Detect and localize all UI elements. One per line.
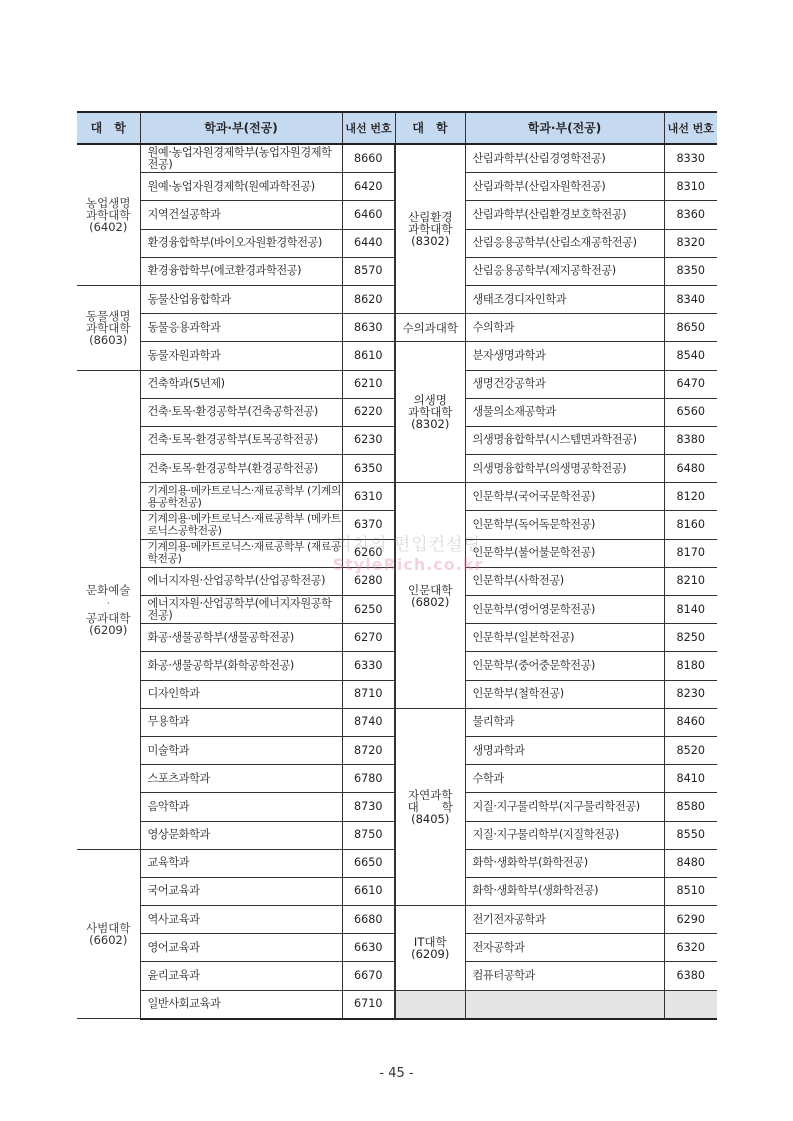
department-cell: 일반사회교육과 (140, 990, 342, 1019)
department-cell: 영어교육과 (140, 934, 342, 962)
extension-cell: 6460 (342, 201, 395, 229)
extension-cell: 6210 (342, 370, 395, 398)
department-cell: 건축·토목·환경공학부(건축공학전공) (140, 398, 342, 426)
department-cell: 기계의용·메카트로닉스·재료공학부 (메카트로닉스공학전공) (140, 511, 342, 539)
extension-cell: 8750 (342, 821, 395, 849)
department-cell: 지역건설공학과 (140, 201, 342, 229)
department-cell: 산림응용공학부(산림소재공학전공) (465, 229, 664, 257)
header-department: 학과·부(전공) (140, 112, 342, 144)
department-cell: 에너지자원·산업공학부(에너지자원공학전공) (140, 596, 342, 624)
college-cell: 의생명과학대학(8302) (395, 342, 465, 483)
page-number: - 45 - (0, 1066, 793, 1081)
department-cell: 수학과 (465, 765, 664, 793)
extension-cell: 6420 (342, 173, 395, 201)
extension-cell: 8320 (664, 229, 717, 257)
extension-cell: 8630 (342, 314, 395, 342)
extension-cell: 8610 (342, 342, 395, 370)
department-cell: 무용학과 (140, 708, 342, 736)
department-cell: 생물의소재공학과 (465, 398, 664, 426)
extension-cell: 6350 (342, 455, 395, 483)
department-cell: 건축·토목·환경공학부(환경공학전공) (140, 455, 342, 483)
extension-cell: 8510 (664, 877, 717, 905)
extension-cell: 8710 (342, 680, 395, 708)
extension-cell: 8170 (664, 539, 717, 567)
extension-cell: 8380 (664, 426, 717, 454)
department-cell: 산림과학부(산림환경보호학전공) (465, 201, 664, 229)
empty-cell (664, 990, 717, 1019)
header-college-right: 대 학 (395, 112, 465, 144)
extension-cell: 6560 (664, 398, 717, 426)
extension-cell: 8660 (342, 144, 395, 173)
extension-cell: 6250 (342, 596, 395, 624)
college-cell: 자연과학대 학(8405) (395, 708, 465, 905)
department-cell: 생태조경디자인학과 (465, 285, 664, 313)
empty-cell (465, 990, 664, 1019)
department-cell: 산림응용공학부(제지공학전공) (465, 257, 664, 285)
extension-cell: 8580 (664, 793, 717, 821)
department-cell: 건축·토목·환경공학부(토목공학전공) (140, 426, 342, 454)
extension-cell: 6310 (342, 483, 395, 511)
department-cell: 전기전자공학과 (465, 906, 664, 934)
table-header-row: 대 학 학과·부(전공) 내선 번호 대 학 학과·부(전공) 내선 번호 (77, 112, 717, 144)
extension-cell: 6330 (342, 652, 395, 680)
table-row: 동물자원과학과8610의생명과학대학(8302)분자생명과학과8540 (77, 342, 717, 370)
table-body: 농업생명과학대학(6402)원예·농업자원경제학부(농업자원경제학전공)8660… (77, 144, 717, 1019)
extension-cell: 6780 (342, 765, 395, 793)
header-extension-right: 내선 번호 (664, 112, 717, 144)
department-cell: 화공·생물공학부(생물공학전공) (140, 624, 342, 652)
extension-cell: 8360 (664, 201, 717, 229)
department-cell: 스포츠과학과 (140, 765, 342, 793)
department-cell: 원예·농업자원경제학부(농업자원경제학전공) (140, 144, 342, 173)
department-cell: 인문학부(사학전공) (465, 567, 664, 595)
extension-cell: 6270 (342, 624, 395, 652)
table-row: 무용학과8740자연과학대 학(8405)물리학과8460 (77, 708, 717, 736)
header-extension: 내선 번호 (342, 112, 395, 144)
empty-cell (395, 990, 465, 1019)
extension-cell: 8140 (664, 596, 717, 624)
extension-cell: 8550 (664, 821, 717, 849)
department-cell: 교육학과 (140, 849, 342, 877)
extension-cell: 6610 (342, 877, 395, 905)
department-cell: 생명과학과 (465, 736, 664, 764)
department-cell: 지질·지구물리학부(지질학전공) (465, 821, 664, 849)
department-cell: 컴퓨터공학과 (465, 962, 664, 990)
extension-cell: 6470 (664, 370, 717, 398)
extension-cell: 6480 (664, 455, 717, 483)
department-cell: 인문학부(독어독문학전공) (465, 511, 664, 539)
college-cell: 동물생명과학대학(8603) (77, 285, 140, 370)
department-cell: 지질·지구물리학부(지구물리학전공) (465, 793, 664, 821)
department-cell: 물리학과 (465, 708, 664, 736)
extension-cell: 6650 (342, 849, 395, 877)
department-cell: 음악학과 (140, 793, 342, 821)
extension-cell: 8650 (664, 314, 717, 342)
department-cell: 기계의용·메카트로닉스·재료공학부 (재료공학전공) (140, 539, 342, 567)
extension-cell: 8720 (342, 736, 395, 764)
extension-cell: 8210 (664, 567, 717, 595)
college-cell: IT대학(6209) (395, 906, 465, 991)
extension-cell: 8160 (664, 511, 717, 539)
department-cell: 영상문화학과 (140, 821, 342, 849)
extension-cell: 8330 (664, 144, 717, 173)
extension-cell: 6680 (342, 906, 395, 934)
department-cell: 인문학부(불어불문학전공) (465, 539, 664, 567)
department-cell: 기계의용·메카트로닉스·재료공학부 (기계의용공학전공) (140, 483, 342, 511)
extension-cell: 6630 (342, 934, 395, 962)
extension-cell: 8340 (664, 285, 717, 313)
college-cell: 농업생명과학대학(6402) (77, 144, 140, 285)
table-row: 역사교육과6680IT대학(6209)전기전자공학과6290 (77, 906, 717, 934)
extension-cell: 8230 (664, 680, 717, 708)
department-cell: 수의학과 (465, 314, 664, 342)
extension-cell: 6370 (342, 511, 395, 539)
department-cell: 분자생명과학과 (465, 342, 664, 370)
department-cell: 화공·생물공학부(화학공학전공) (140, 652, 342, 680)
department-cell: 동물응용과학과 (140, 314, 342, 342)
extension-cell: 8180 (664, 652, 717, 680)
department-cell: 산림과학부(산림경영학전공) (465, 144, 664, 173)
department-cell: 디자인학과 (140, 680, 342, 708)
extension-cell: 8730 (342, 793, 395, 821)
department-cell: 인문학부(중어중문학전공) (465, 652, 664, 680)
department-cell: 생명건강공학과 (465, 370, 664, 398)
department-cell: 의생명융합학부(시스템면과학전공) (465, 426, 664, 454)
extension-cell: 6280 (342, 567, 395, 595)
header-department-right: 학과·부(전공) (465, 112, 664, 144)
department-cell: 인문학부(영어영문학전공) (465, 596, 664, 624)
department-extension-table: 대 학 학과·부(전공) 내선 번호 대 학 학과·부(전공) 내선 번호 농업… (77, 111, 717, 1020)
extension-cell: 6220 (342, 398, 395, 426)
department-cell: 역사교육과 (140, 906, 342, 934)
extension-cell: 8520 (664, 736, 717, 764)
department-cell: 환경융합학부(바이오자원환경학전공) (140, 229, 342, 257)
department-cell: 화학·생화학부(생화학전공) (465, 877, 664, 905)
department-cell: 원예·농업자원경제학(원예과학전공) (140, 173, 342, 201)
department-cell: 에너지자원·산업공학부(산업공학전공) (140, 567, 342, 595)
college-cell: 문화예술·공과대학(6209) (77, 370, 140, 849)
department-cell: 건축학과(5년제) (140, 370, 342, 398)
college-cell: 인문대학(6802) (395, 483, 465, 709)
department-cell: 동물자원과학과 (140, 342, 342, 370)
extension-cell: 8310 (664, 173, 717, 201)
extension-cell: 8540 (664, 342, 717, 370)
department-cell: 인문학부(일본학전공) (465, 624, 664, 652)
department-cell: 인문학부(철학전공) (465, 680, 664, 708)
department-cell: 미술학과 (140, 736, 342, 764)
extension-cell: 6290 (664, 906, 717, 934)
extension-cell: 6710 (342, 990, 395, 1019)
college-cell: 사범대학(6602) (77, 849, 140, 1019)
department-cell: 동물산업융합학과 (140, 285, 342, 313)
extension-cell: 8460 (664, 708, 717, 736)
table-row: 농업생명과학대학(6402)원예·농업자원경제학부(농업자원경제학전공)8660… (77, 144, 717, 173)
table-row: 기계의용·메카트로닉스·재료공학부 (기계의용공학전공)6310인문대학(680… (77, 483, 717, 511)
extension-cell: 8570 (342, 257, 395, 285)
extension-cell: 8410 (664, 765, 717, 793)
table-row: 동물응용과학과8630수의과대학수의학과8650 (77, 314, 717, 342)
extension-cell: 8620 (342, 285, 395, 313)
extension-cell: 6670 (342, 962, 395, 990)
department-cell: 국어교육과 (140, 877, 342, 905)
extension-cell: 6380 (664, 962, 717, 990)
extension-cell: 6260 (342, 539, 395, 567)
department-cell: 환경융합학부(에코환경과학전공) (140, 257, 342, 285)
header-college: 대 학 (77, 112, 140, 144)
extension-cell: 6320 (664, 934, 717, 962)
department-cell: 산림과학부(산림자원학전공) (465, 173, 664, 201)
department-cell: 화학·생화학부(화학전공) (465, 849, 664, 877)
extension-cell: 8480 (664, 849, 717, 877)
college-cell: 산림환경과학대학(8302) (395, 144, 465, 314)
department-cell: 전자공학과 (465, 934, 664, 962)
extension-cell: 8120 (664, 483, 717, 511)
department-cell: 인문학부(국어국문학전공) (465, 483, 664, 511)
extension-cell: 8350 (664, 257, 717, 285)
table-row: 일반사회교육과6710 (77, 990, 717, 1019)
department-cell: 의생명융합학부(의생명공학전공) (465, 455, 664, 483)
college-cell: 수의과대학 (395, 314, 465, 342)
extension-cell: 8740 (342, 708, 395, 736)
extension-cell: 6440 (342, 229, 395, 257)
extension-cell: 8250 (664, 624, 717, 652)
extension-cell: 6230 (342, 426, 395, 454)
department-cell: 윤리교육과 (140, 962, 342, 990)
